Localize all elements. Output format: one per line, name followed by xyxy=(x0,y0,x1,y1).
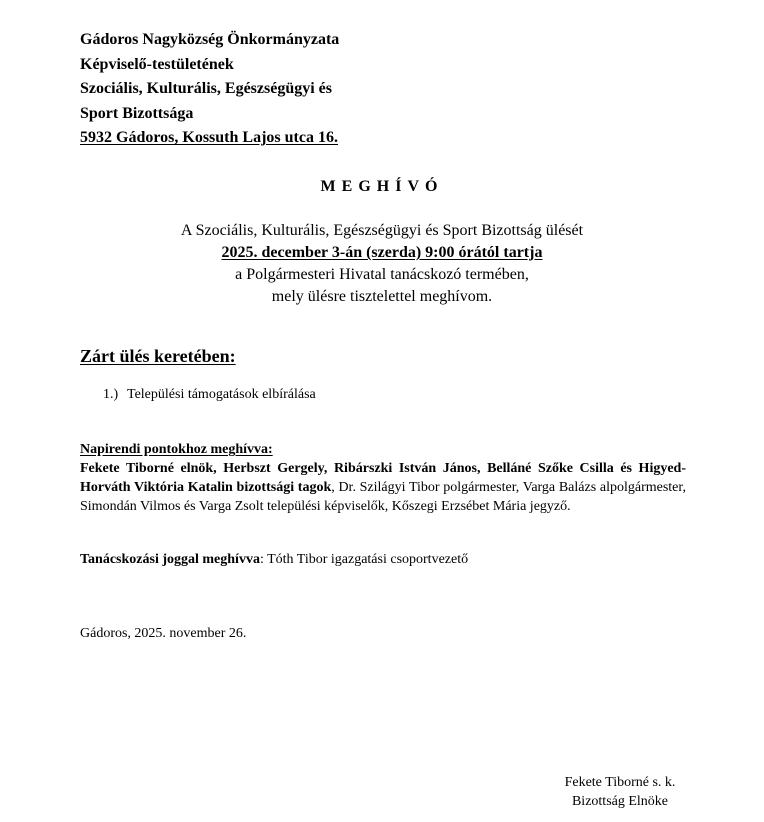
signature-role: Bizottság Elnöke xyxy=(530,792,710,811)
letterhead-address: 5932 Gádoros, Kossuth Lajos utca 16. xyxy=(80,126,339,151)
letterhead-line: Gádoros Nagyközség Önkormányzata xyxy=(80,28,339,53)
document-title: MEGHÍVÓ xyxy=(0,178,764,196)
invited-list: Fekete Tiborné elnök, Herbszt Gergely, R… xyxy=(80,459,686,516)
invitation-intro: A Szociális, Kulturális, Egészségügyi és… xyxy=(0,220,764,308)
invited-section: Napirendi pontokhoz meghívva: Fekete Tib… xyxy=(80,440,686,516)
meeting-date: 2025. december 3-án (szerda) 9:00 órától… xyxy=(0,242,764,264)
agenda-item: 1.)Települési támogatások elbírálása xyxy=(103,387,316,403)
closed-session-heading: Zárt ülés keretében: xyxy=(80,346,236,367)
advisory-text: : Tóth Tibor igazgatási csoportvezető xyxy=(260,552,468,567)
advisory-label: Tanácskozási joggal meghívva xyxy=(80,552,260,567)
intro-line: mely ülésre tisztelettel meghívom. xyxy=(0,286,764,308)
intro-line: A Szociális, Kulturális, Egészségügyi és… xyxy=(0,220,764,242)
agenda-item-text: Települési támogatások elbírálása xyxy=(127,387,316,402)
place-date: Gádoros, 2025. november 26. xyxy=(80,626,246,642)
advisory-invitee: Tanácskozási joggal meghívva: Tóth Tibor… xyxy=(80,552,468,568)
intro-line: a Polgármesteri Hivatal tanácskozó termé… xyxy=(0,264,764,286)
signature-name: Fekete Tiborné s. k. xyxy=(530,773,710,792)
letterhead-line: Szociális, Kulturális, Egészségügyi és xyxy=(80,77,339,102)
agenda-item-number: 1.) xyxy=(103,387,127,403)
letterhead-line: Sport Bizottsága xyxy=(80,102,339,127)
letterhead: Gádoros Nagyközség Önkormányzata Képvise… xyxy=(80,28,339,151)
signature-block: Fekete Tiborné s. k. Bizottság Elnöke xyxy=(530,773,710,811)
invited-heading: Napirendi pontokhoz meghívva: xyxy=(80,440,686,459)
letterhead-line: Képviselő-testületének xyxy=(80,53,339,78)
